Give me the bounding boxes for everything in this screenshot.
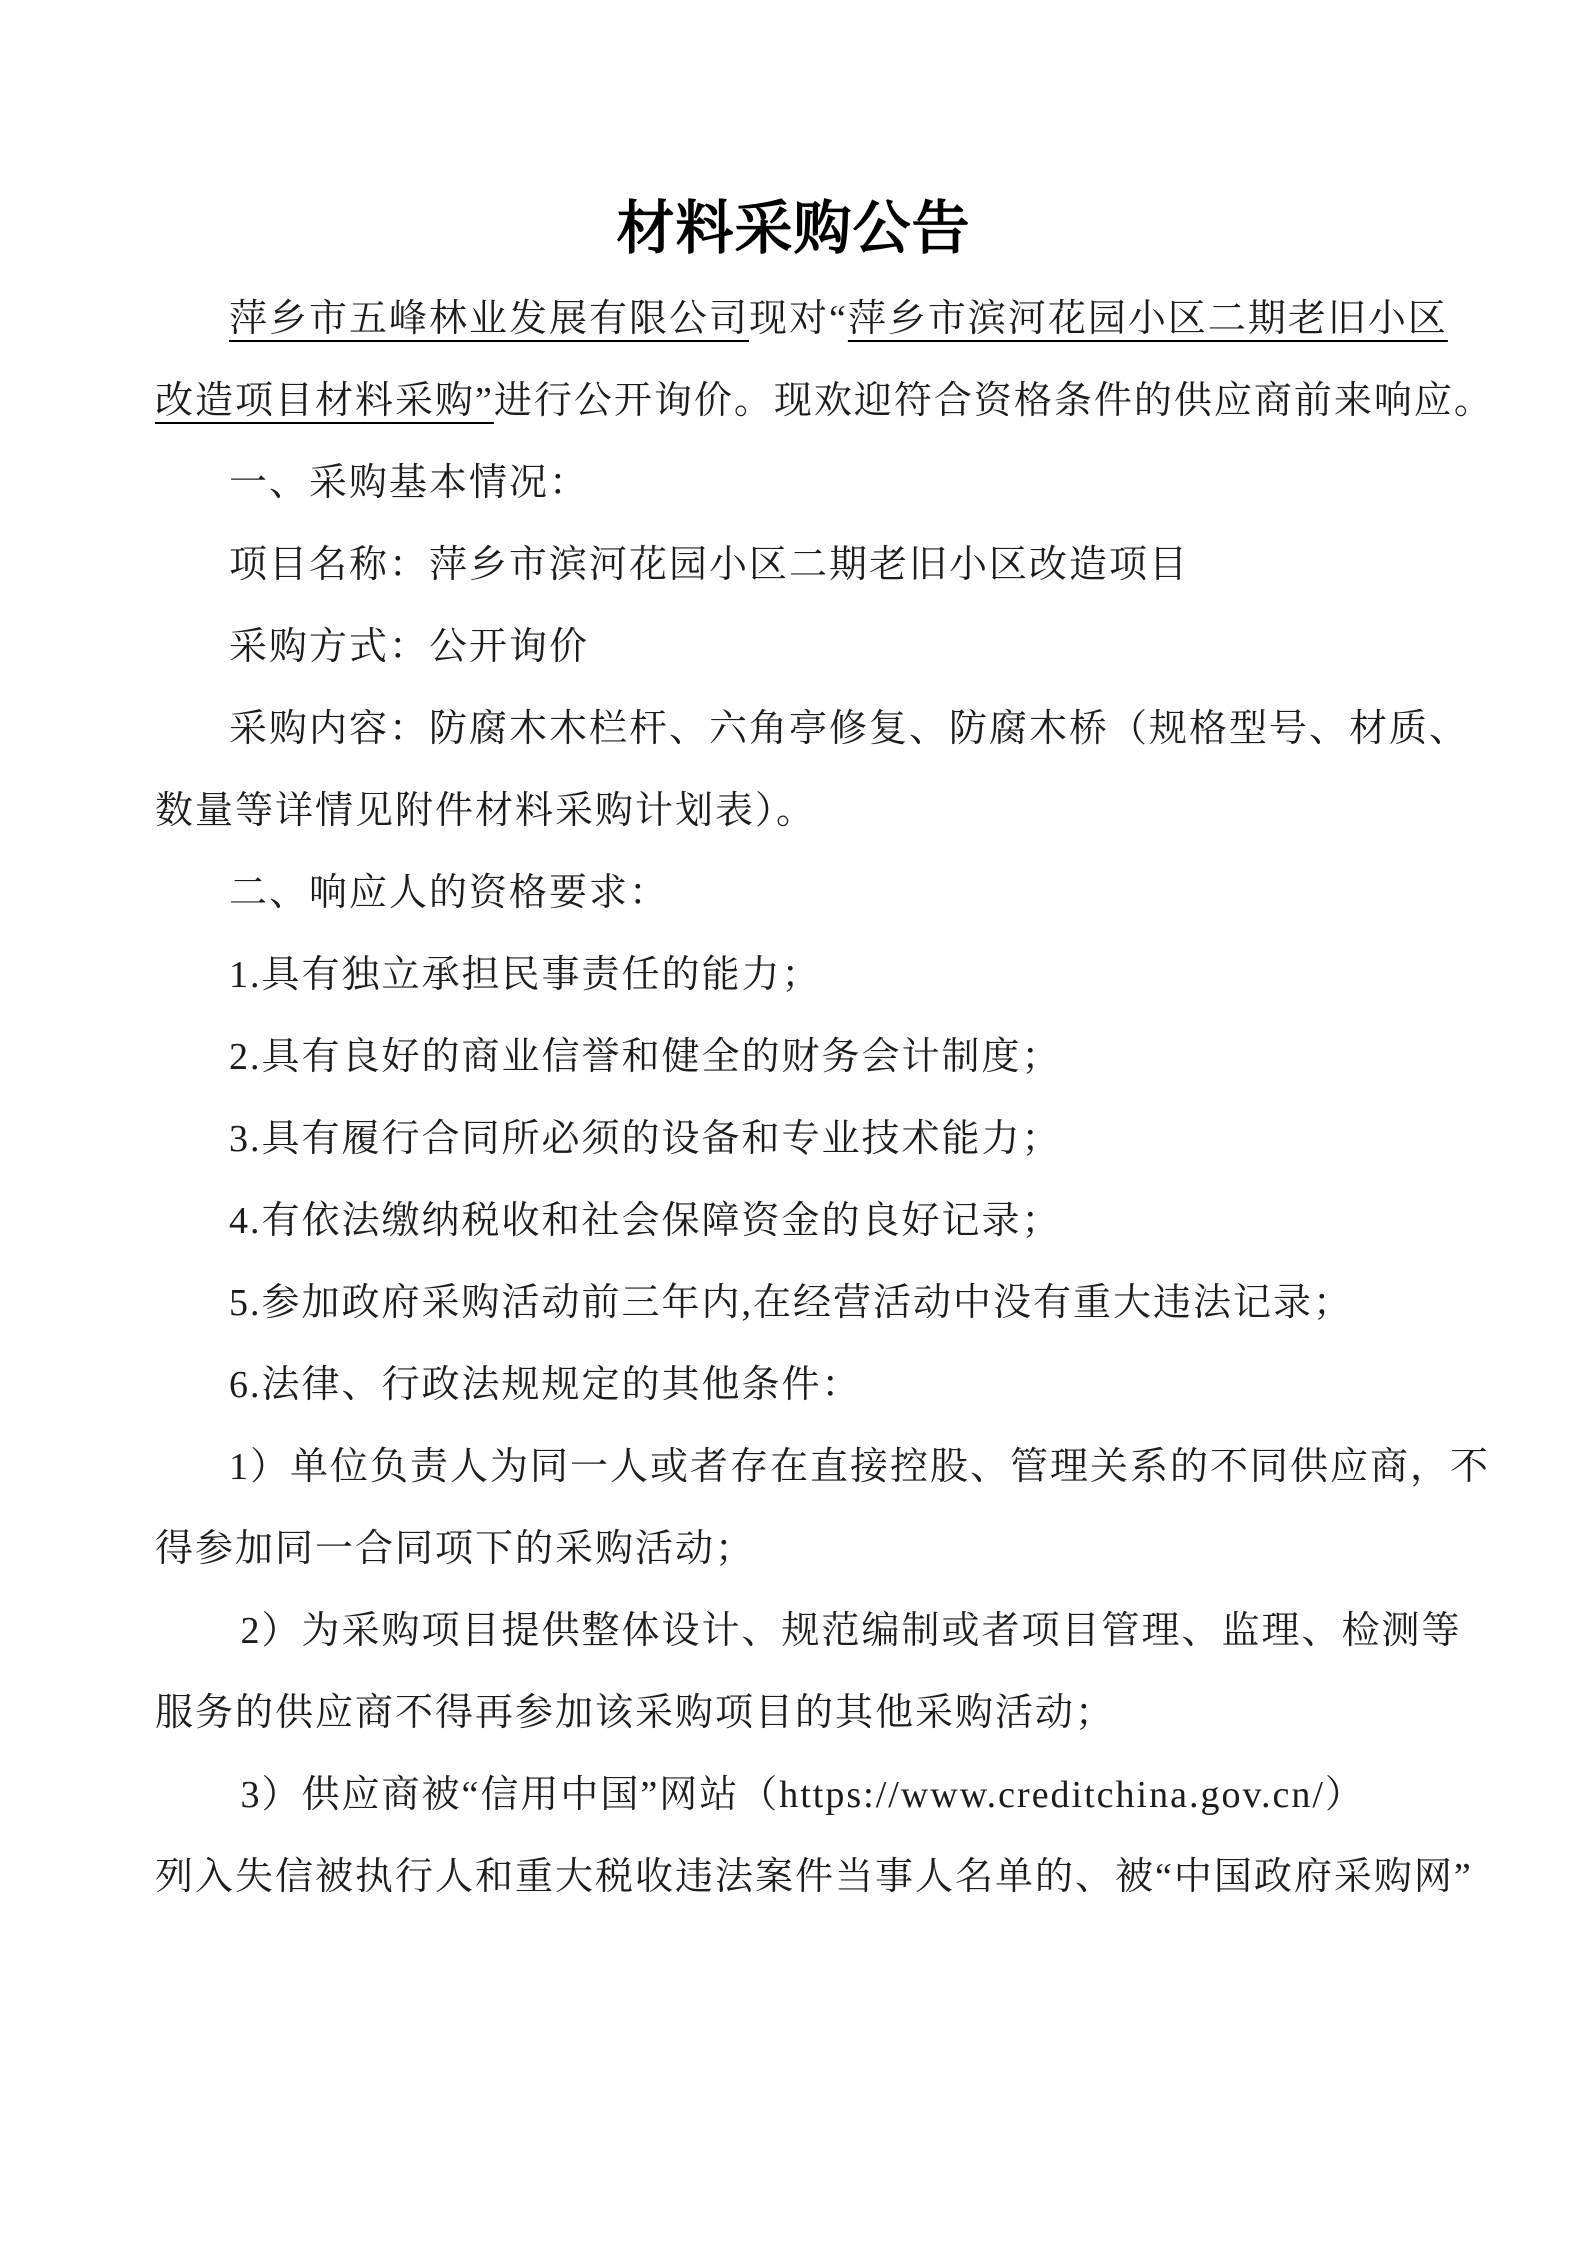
text-line: 1）单位负责人为同一人或者存在直接控股、管理关系的不同供应商，不 xyxy=(155,1426,1485,1508)
text-line: 2）为采购项目提供整体设计、规范编制或者项目管理、监理、检测等 xyxy=(155,1590,1485,1672)
document-body: 萍乡市五峰林业发展有限公司现对“萍乡市滨河花园小区二期老旧小区改造项目材料采购”… xyxy=(155,278,1485,1918)
text-line: 采购内容：防腐木木栏杆、六角亭修复、防腐木桥（规格型号、材质、 xyxy=(155,688,1485,770)
text-segment: 列入失信被执行人和重大税收违法案件当事人名单的、被“中国政府采购网” xyxy=(155,1856,1473,1898)
text-segment: 得参加同一合同项下的采购活动； xyxy=(155,1528,755,1570)
text-segment: 现对“ xyxy=(749,298,848,340)
underlined-text: 萍乡市滨河花园小区二期老旧小区 xyxy=(848,298,1448,340)
text-segment: 服务的供应商不得再参加该采购项目的其他采购活动； xyxy=(155,1692,1115,1734)
text-segment: 一、采购基本情况： xyxy=(229,462,589,504)
text-line: 5.参加政府采购活动前三年内,在经营活动中没有重大违法记录； xyxy=(155,1262,1485,1344)
text-line: 一、采购基本情况： xyxy=(155,442,1485,524)
text-segment: 1.具有独立承担民事责任的能力； xyxy=(229,954,822,996)
document-page: 材料采购公告 萍乡市五峰林业发展有限公司现对“萍乡市滨河花园小区二期老旧小区改造… xyxy=(0,0,1587,2245)
text-segment: 采购方式：公开询价 xyxy=(229,626,589,668)
text-segment: 6.法律、行政法规规定的其他条件： xyxy=(229,1364,862,1406)
underlined-text: 改造项目材料采购” xyxy=(155,380,494,422)
text-segment: 2）为采购项目提供整体设计、规范编制或者项目管理、监理、检测等 xyxy=(229,1610,1462,1652)
text-segment: 进行公开询价。现欢迎符合资格条件的供应商前来响应。 xyxy=(494,380,1494,422)
text-line: 得参加同一合同项下的采购活动； xyxy=(155,1508,1485,1590)
text-line: 6.法律、行政法规规定的其他条件： xyxy=(155,1344,1485,1426)
text-segment: 3.具有履行合同所必须的设备和专业技术能力； xyxy=(229,1118,1062,1160)
text-segment: 1）单位负责人为同一人或者存在直接控股、管理关系的不同供应商，不 xyxy=(229,1446,1490,1488)
text-line: 萍乡市五峰林业发展有限公司现对“萍乡市滨河花园小区二期老旧小区 xyxy=(155,278,1485,360)
text-line: 服务的供应商不得再参加该采购项目的其他采购活动； xyxy=(155,1672,1485,1754)
text-line: 2.具有良好的商业信誉和健全的财务会计制度； xyxy=(155,1016,1485,1098)
text-line: 二、响应人的资格要求： xyxy=(155,852,1485,934)
text-segment: 2.具有良好的商业信誉和健全的财务会计制度； xyxy=(229,1036,1062,1078)
text-line: 项目名称：萍乡市滨河花园小区二期老旧小区改造项目 xyxy=(155,524,1485,606)
text-line: 4.有依法缴纳税收和社会保障资金的良好记录； xyxy=(155,1180,1485,1262)
text-segment: 二、响应人的资格要求： xyxy=(229,872,669,914)
document-title: 材料采购公告 xyxy=(0,196,1587,262)
underlined-text: 萍乡市五峰林业发展有限公司 xyxy=(229,298,749,340)
text-line: 1.具有独立承担民事责任的能力； xyxy=(155,934,1485,1016)
text-segment: 数量等详情见附件材料采购计划表）。 xyxy=(155,790,816,832)
text-segment: 4.有依法缴纳税收和社会保障资金的良好记录； xyxy=(229,1200,1062,1242)
text-line: 改造项目材料采购”进行公开询价。现欢迎符合资格条件的供应商前来响应。 xyxy=(155,360,1485,442)
text-line: 3.具有履行合同所必须的设备和专业技术能力； xyxy=(155,1098,1485,1180)
text-line: 数量等详情见附件材料采购计划表）。 xyxy=(155,770,1485,852)
text-segment: 采购内容：防腐木木栏杆、六角亭修复、防腐木桥（规格型号、材质、 xyxy=(229,708,1469,750)
text-line: 3）供应商被“信用中国”网站（https://www.creditchina.g… xyxy=(155,1754,1485,1836)
text-line: 采购方式：公开询价 xyxy=(155,606,1485,688)
text-line: 列入失信被执行人和重大税收违法案件当事人名单的、被“中国政府采购网” xyxy=(155,1836,1485,1918)
text-segment: 5.参加政府采购活动前三年内,在经营活动中没有重大违法记录； xyxy=(229,1282,1353,1324)
text-segment: 3）供应商被“信用中国”网站（https://www.creditchina.g… xyxy=(229,1774,1365,1816)
text-segment: 项目名称：萍乡市滨河花园小区二期老旧小区改造项目 xyxy=(229,544,1189,586)
